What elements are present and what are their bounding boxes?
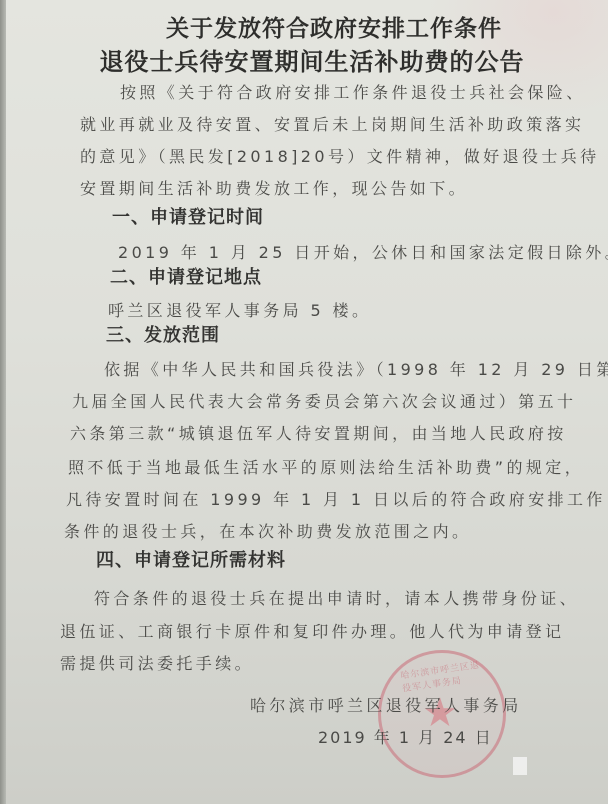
title-line-1: 关于发放符合政府安排工作条件 xyxy=(30,10,608,43)
seal-arc-text: 哈尔滨市呼兰区退役军人事务局 xyxy=(400,658,483,695)
intro-line: 安置期间生活补助费发放工作，现公告如下。 xyxy=(80,176,468,199)
intro-line: 按照《关于符合政府安排工作条件退役士兵社会保险、 xyxy=(120,80,586,103)
section-line: 退伍证、工商银行卡原件和复印件办理。他人代为申请登记 xyxy=(60,619,564,642)
section-heading: 一、申请登记时间 xyxy=(112,203,264,229)
section-line: 照不低于当地最低生活水平的原则法给生活补助费”的规定， xyxy=(68,455,584,478)
title-line-2: 退役士兵待安置期间生活补助费的公告 xyxy=(8,42,608,77)
document-photo: 关于发放符合政府安排工作条件 退役士兵待安置期间生活补助费的公告 按照《关于符合… xyxy=(0,0,608,804)
paper-edge-shadow xyxy=(0,0,6,804)
issue-date: 2019 年 1 月 24 日 xyxy=(318,725,493,748)
section-line: 2019 年 1 月 25 日开始，公休日和国家法定假日除外。 xyxy=(118,240,608,263)
section-heading: 四、申请登记所需材料 xyxy=(96,546,286,572)
section-line: 凡待安置时间在 1999 年 1 月 1 日以后的符合政府安排工作 xyxy=(66,487,606,510)
section-line: 需提供司法委托手续。 xyxy=(60,651,254,674)
section-line: 呼兰区退役军人事务局 5 楼。 xyxy=(108,298,371,321)
intro-line: 的意见》（黑民发[2018]20号）文件精神，做好退役士兵待 xyxy=(80,144,600,167)
section-line: 六条第三款“城镇退伍军人待安置期间，由当地人民政府按 xyxy=(70,421,567,444)
section-line: 九届全国人民代表大会常务委员会第六次会议通过）第五十 xyxy=(72,389,576,412)
section-line: 符合条件的退役士兵在提出申请时，请本人携带身份证、 xyxy=(94,586,579,609)
intro-line: 就业再就业及待安置、安置后未上岗期间生活补助政策落实 xyxy=(80,112,584,135)
watermark-blur xyxy=(513,757,527,775)
issuer-signature: 哈尔滨市呼兰区退役军人事务局 xyxy=(250,693,522,716)
section-line: 依据《中华人民共和国兵役法》（1998 年 12 月 29 日第 xyxy=(104,357,608,380)
section-line: 条件的退役士兵，在本次补助费发放范围之内。 xyxy=(64,519,471,542)
section-heading: 三、发放范围 xyxy=(106,321,220,347)
section-heading: 二、申请登记地点 xyxy=(110,263,262,289)
